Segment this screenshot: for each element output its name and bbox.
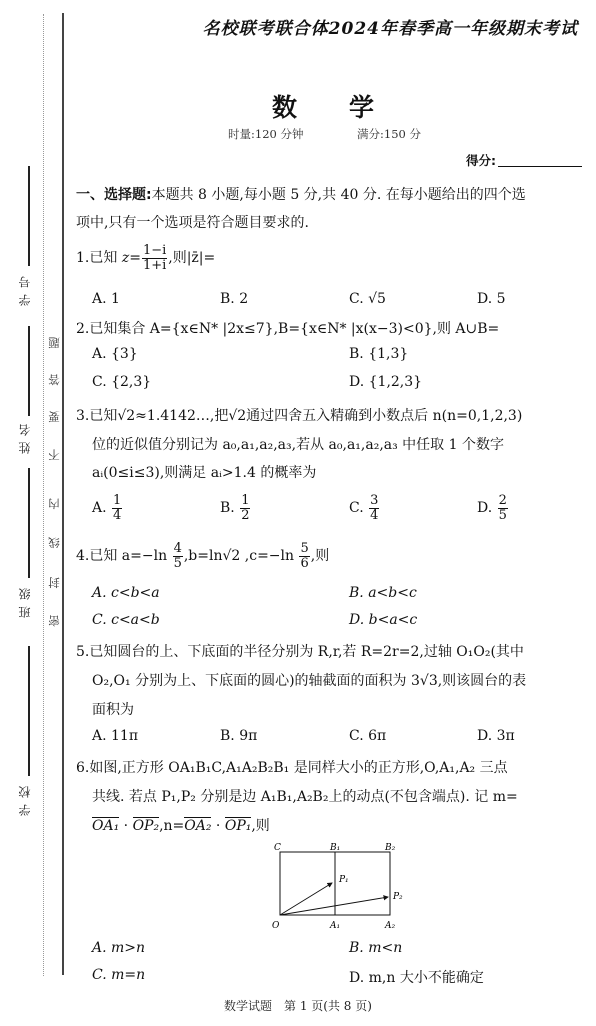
option-label: D. [477, 500, 492, 516]
question-4-stem: 4.已知 a=−ln 45,b=ln√2 ,c=−ln 56,则 [76, 542, 329, 570]
q4-fraction-1: 45 [173, 542, 183, 570]
q6-option-d[interactable]: D. m,n 大小不能确定 [349, 967, 484, 987]
option-fraction: 12 [240, 494, 250, 522]
student-id-label: 学号 [16, 270, 33, 306]
q4-option-a[interactable]: A. c<b<a [92, 585, 160, 601]
margin-border-line [62, 13, 64, 975]
dot-op: · [211, 818, 224, 834]
dot-op: · [119, 818, 132, 834]
q1-option-c[interactable]: C. √5 [349, 291, 386, 307]
q3-option-c[interactable]: C. 34 [349, 494, 380, 522]
subject-title: 数学 [272, 88, 426, 124]
seal-char: 答 [46, 374, 62, 386]
q5-option-b[interactable]: B. 9π [220, 728, 257, 744]
seal-char: 不 [46, 449, 62, 461]
q5-line1: 已知圆台的上、下底面的半径分别为 R,r,若 R=2r=2,过轴 O₁O₂(其中 [89, 644, 524, 660]
q4-option-b[interactable]: B. a<b<c [349, 585, 417, 601]
section-title: 一、选择题: [76, 187, 152, 203]
q6-option-a[interactable]: A. m>n [92, 940, 145, 956]
q5-option-d[interactable]: D. 3π [477, 728, 515, 744]
vector-op1: OP₁ [225, 817, 252, 834]
frac-num: 4 [173, 542, 183, 557]
full-score: 满分:150 分 [357, 126, 421, 142]
q3-option-b[interactable]: B. 12 [220, 494, 251, 522]
vector-oa2: OA₂ [184, 817, 211, 834]
question-6-stem-line1: 6.如图,正方形 OA₁B₁C,A₁A₂B₂B₁ 是同样大小的正方形,O,A₁,… [76, 757, 508, 777]
squares-vector-figure: C B₁ B₂ P₁ P₂ O A₁ A₂ [260, 840, 420, 935]
q1-eq: = [129, 250, 141, 266]
label-b1: B₁ [329, 843, 340, 853]
frac-num: 1 [112, 494, 122, 509]
seal-char: 线 [46, 537, 62, 549]
page-footer: 数学试题 第 1 页(共 8 页) [0, 997, 596, 1014]
q4-option-c[interactable]: C. c<a<b [92, 612, 160, 628]
q4-option-d[interactable]: D. b<a<c [349, 612, 417, 628]
question-1-stem: 1.已知 z=1−i1+i,则|z̄|= [76, 244, 215, 272]
q4-prefix: 已知 a=−ln [89, 548, 167, 564]
score-input-line[interactable] [498, 166, 582, 167]
option-fraction: 14 [112, 494, 122, 522]
frac-num: 5 [299, 542, 309, 557]
q1-option-d[interactable]: D. 5 [477, 291, 506, 307]
seal-char: 密 [46, 615, 62, 627]
vector-oa1: OA₁ [92, 817, 119, 834]
q1-prefix: 已知 [89, 250, 117, 266]
student-id-line [28, 166, 30, 266]
option-label: B. [220, 500, 235, 516]
frac-den: 6 [299, 557, 309, 571]
seal-char: 要 [46, 411, 62, 423]
seal-dotted-line [43, 14, 44, 976]
q4-mid: ,b=ln√2 ,c=−ln [184, 548, 294, 564]
frac-den: 5 [173, 557, 183, 571]
frac-num: 1−i [142, 244, 167, 259]
question-6-stem-line3: OA₁ · OP₂,n=OA₂ · OP₁,则 [92, 815, 270, 835]
q6-option-c[interactable]: C. m=n [92, 967, 145, 983]
q1-option-a[interactable]: A. 1 [92, 291, 120, 307]
q2-option-b[interactable]: B. {1,3} [349, 346, 408, 362]
question-number: 4. [76, 548, 89, 564]
q2-option-a[interactable]: A. {3} [92, 346, 138, 362]
q2-option-c[interactable]: C. {2,3} [92, 374, 151, 390]
frac-den: 4 [112, 509, 122, 523]
n-eq: ,n= [159, 818, 184, 834]
seal-char: 题 [46, 337, 62, 349]
q1-option-b[interactable]: B. 2 [220, 291, 248, 307]
question-number: 2. [76, 321, 89, 337]
name-label: 姓名 [16, 418, 33, 454]
label-o: O [272, 921, 280, 931]
class-line [28, 468, 30, 578]
question-2-stem: 2.已知集合 A={x∈N* |2x≤7},B={x∈N* |x(x−3)<0}… [76, 318, 499, 338]
frac-num: 3 [369, 494, 379, 509]
q6-line1: 如图,正方形 OA₁B₁C,A₁A₂B₂B₁ 是同样大小的正方形,O,A₁,A₂… [89, 760, 507, 776]
q6-suffix: ,则 [251, 818, 269, 834]
q1-fraction: 1−i1+i [142, 244, 167, 272]
question-5-stem-line2: O₂,O₁ 分别为上、下底面的圆心)的轴截面的面积为 3√3,则该圆台的表 [92, 670, 526, 690]
frac-den: 4 [369, 509, 379, 523]
section-intro-line1: 一、选择题:本题共 8 小题,每小题 5 分,共 40 分. 在每小题给出的四个… [76, 184, 526, 204]
frac-den: 1+i [142, 259, 167, 273]
q4-fraction-2: 56 [299, 542, 309, 570]
q3-option-a[interactable]: A. 14 [92, 494, 123, 522]
question-5-stem-line3: 面积为 [92, 699, 134, 719]
q2-option-d[interactable]: D. {1,2,3} [349, 374, 422, 390]
question-number: 6. [76, 760, 89, 776]
q3-option-d[interactable]: D. 25 [477, 494, 509, 522]
question-6-stem-line2: 共线. 若点 P₁,P₂ 分别是边 A₁B₁,A₂B₂上的动点(不包含端点). … [92, 786, 518, 806]
q5-option-c[interactable]: C. 6π [349, 728, 386, 744]
q3-line1: 已知√2≈1.4142…,把√2通过四舍五入精确到小数点后 n(n=0,1,2,… [89, 408, 522, 424]
option-label: C. [349, 500, 364, 516]
score-label: 得分: [466, 151, 496, 169]
label-b2: B₂ [384, 843, 396, 853]
option-label: A. [92, 500, 107, 516]
name-line [28, 326, 30, 416]
vector-op2: OP₂ [133, 817, 160, 834]
question-5-stem-line1: 5.已知圆台的上、下底面的半径分别为 R,r,若 R=2r=2,过轴 O₁O₂(… [76, 641, 524, 661]
question-3-stem-line1: 3.已知√2≈1.4142…,把√2通过四舍五入精确到小数点后 n(n=0,1,… [76, 405, 522, 425]
q1-suffix: ,则|z̄|= [168, 250, 215, 266]
q6-option-b[interactable]: B. m<n [349, 940, 402, 956]
option-fraction: 25 [498, 494, 508, 522]
class-label: 班级 [16, 582, 33, 618]
option-fraction: 34 [369, 494, 379, 522]
q2-stem-text: 已知集合 A={x∈N* |2x≤7},B={x∈N* |x(x−3)<0},则… [89, 321, 499, 337]
seal-char: 封 [46, 577, 62, 589]
label-a1: A₁ [329, 921, 340, 931]
school-line [28, 646, 30, 776]
section-intro-text: 本题共 8 小题,每小题 5 分,共 40 分. 在每小题给出的四个选 [152, 187, 526, 203]
question-3-stem-line3: aᵢ(0≤i≤3),则满足 aᵢ>1.4 的概率为 [92, 462, 316, 482]
q4-suffix: ,则 [311, 548, 329, 564]
question-number: 5. [76, 644, 89, 660]
section-intro-line2: 项中,只有一个选项是符合题目要求的. [76, 212, 309, 232]
frac-den: 5 [498, 509, 508, 523]
question-number: 1. [76, 250, 89, 266]
school-label: 学校 [16, 780, 33, 816]
label-p1: P₁ [338, 875, 349, 885]
exam-title: 名校联考联合体2024年春季高一年级期末考试 [203, 14, 578, 39]
frac-num: 1 [240, 494, 250, 509]
label-c: C [274, 843, 281, 853]
seal-char: 内 [46, 498, 62, 510]
label-a2: A₂ [384, 921, 395, 931]
frac-num: 2 [498, 494, 508, 509]
question-number: 3. [76, 408, 89, 424]
q5-option-a[interactable]: A. 11π [92, 728, 138, 744]
question-3-stem-line2: 位的近似值分别记为 a₀,a₁,a₂,a₃,若从 a₀,a₁,a₂,a₃ 中任取… [92, 434, 504, 454]
exam-duration: 时量:120 分钟 [228, 126, 303, 142]
label-p2: P₂ [392, 892, 403, 902]
frac-den: 2 [240, 509, 250, 523]
